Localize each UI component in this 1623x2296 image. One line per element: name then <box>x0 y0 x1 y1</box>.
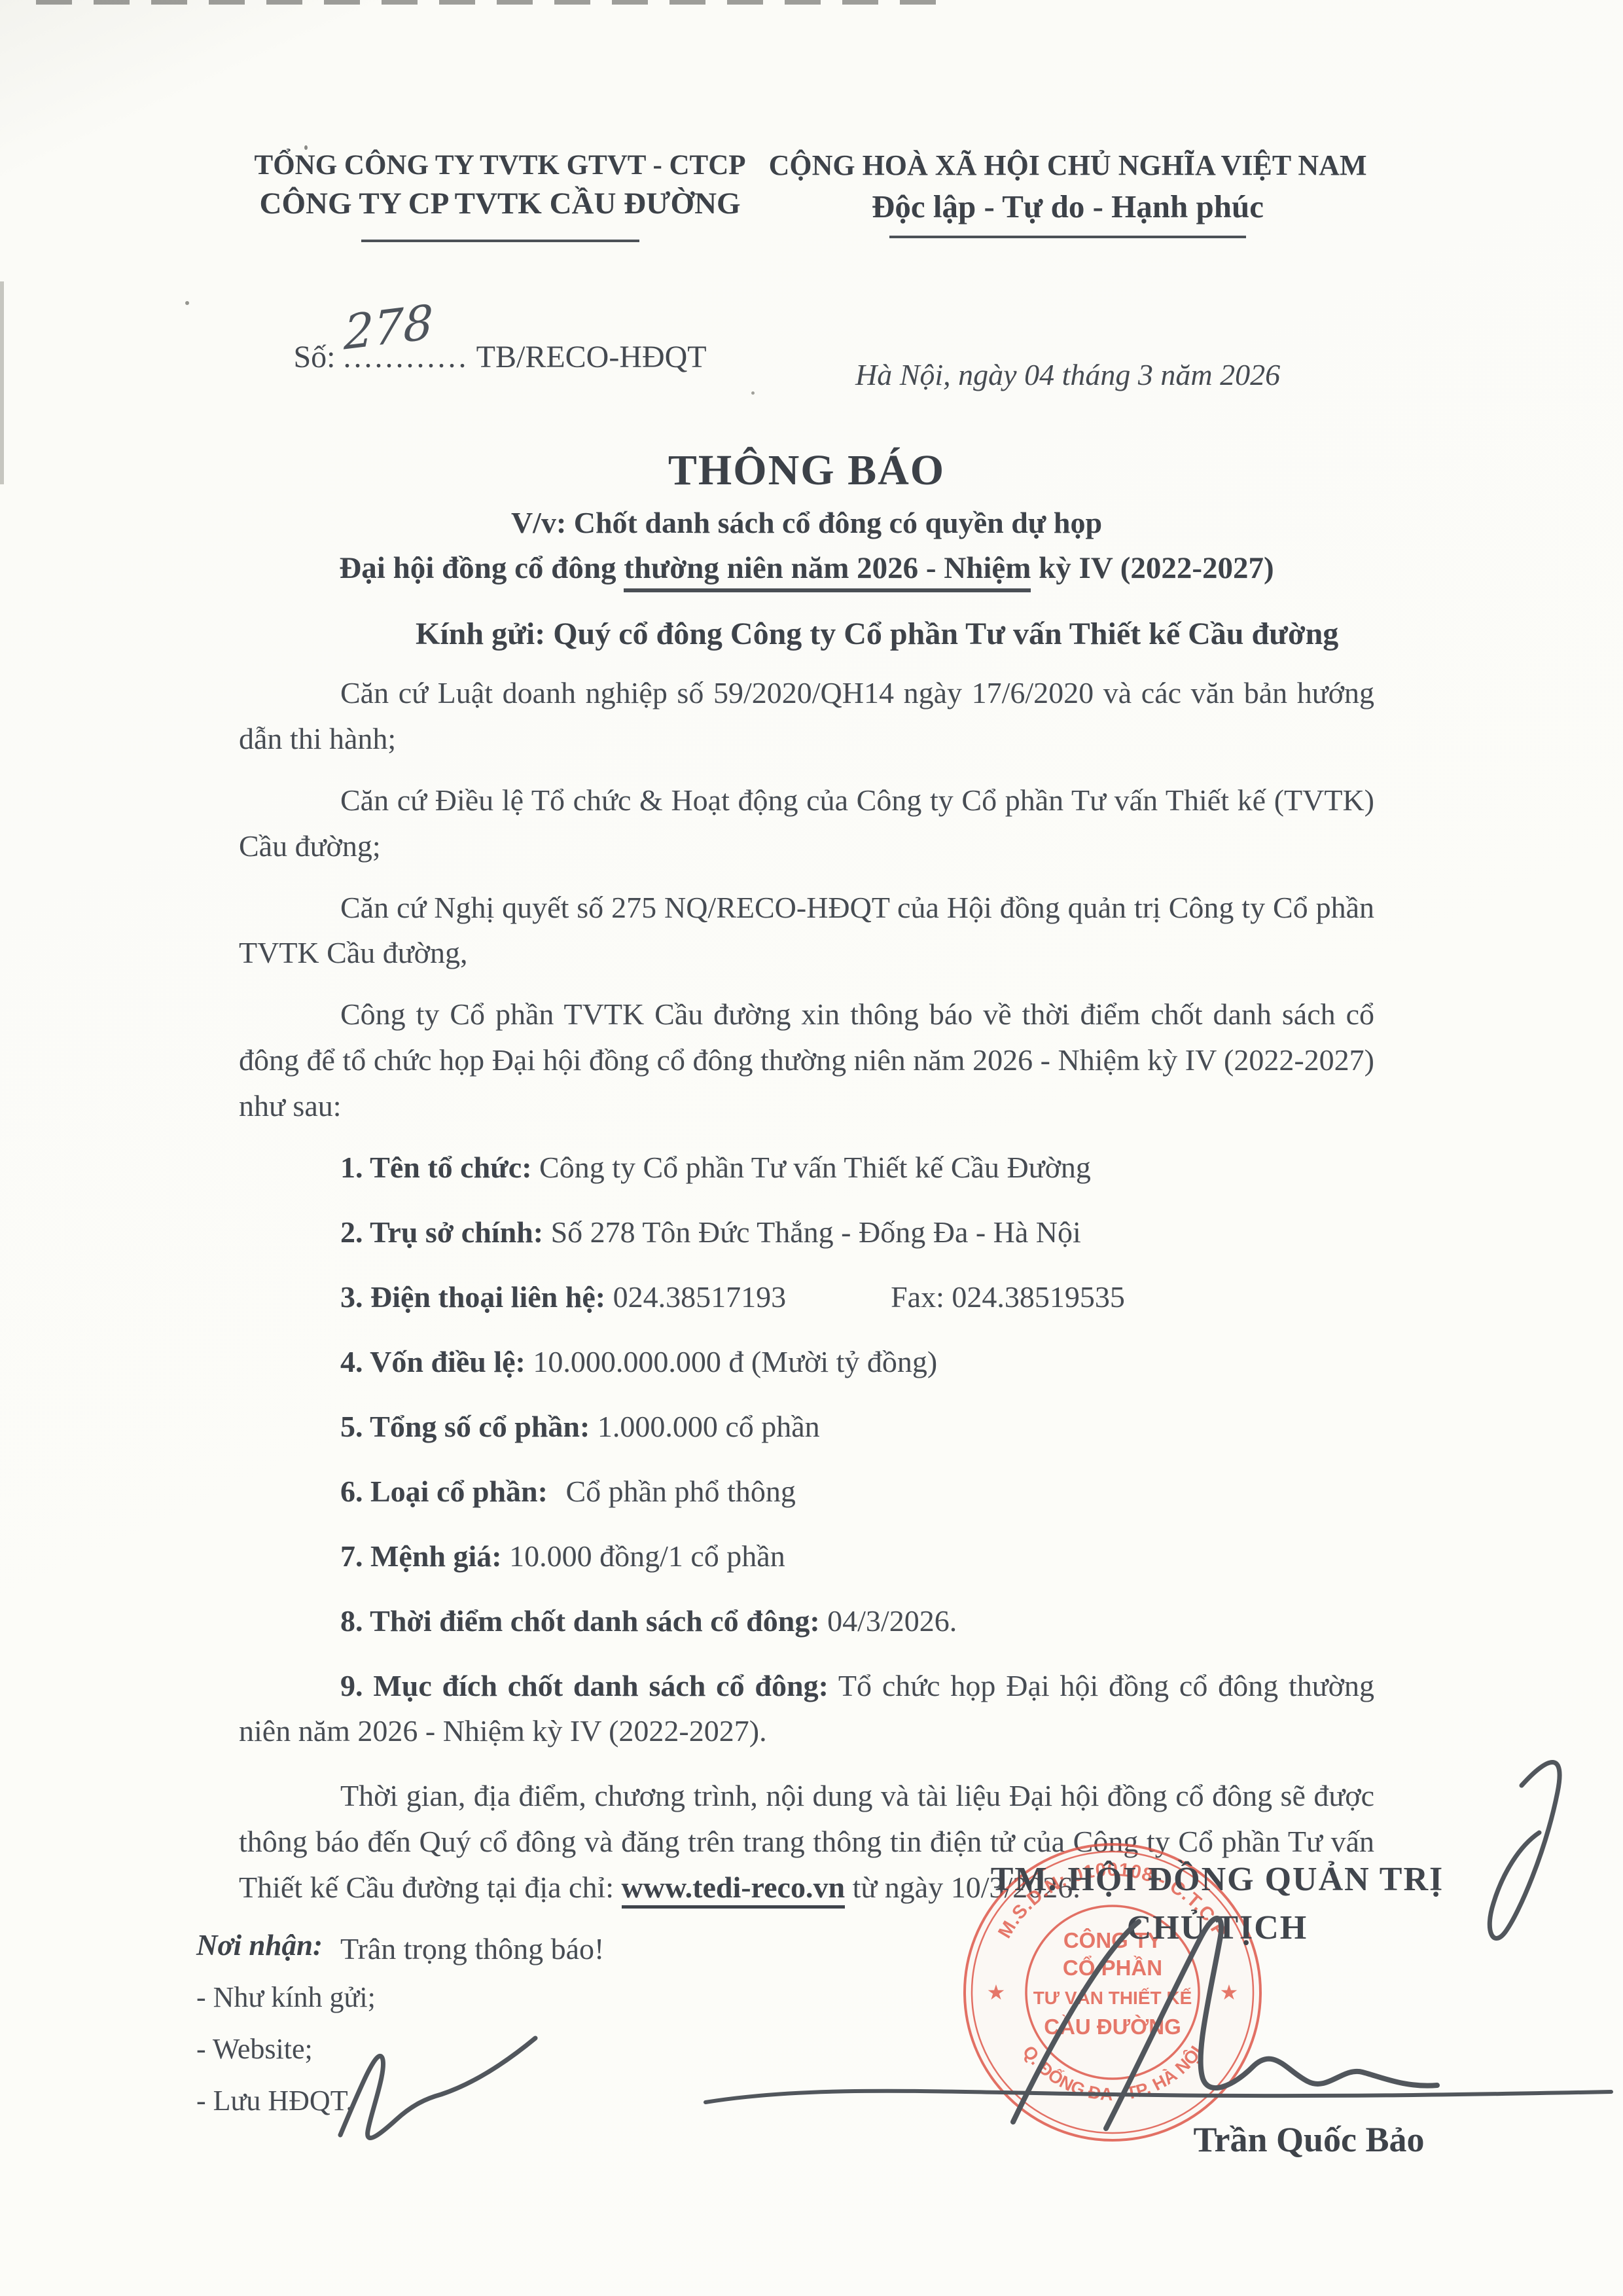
item-label: 6. Loại cổ phần: <box>340 1475 548 1508</box>
scan-artifact-left-edge <box>0 281 4 484</box>
divider <box>889 236 1246 238</box>
salutation: Kính gửi: Quý cổ đông Công ty Cổ phần Tư… <box>416 616 1374 652</box>
scan-artifact-speck <box>185 301 189 305</box>
signature-on-behalf: TM. HỘI ĐỒNG QUẢN TRỊ <box>890 1860 1544 1899</box>
item-value: 024.38517193 <box>613 1280 787 1314</box>
item-value: 10.000.000.000 đ (Mười tỷ đồng) <box>533 1345 937 1378</box>
list-item-2: 2. Trụ sở chính: Số 278 Tôn Đức Thắng - … <box>239 1210 1374 1255</box>
item-label: 9. Mục đích chốt danh sách cổ đông: <box>340 1669 829 1702</box>
item-value: 04/3/2026. <box>827 1604 957 1638</box>
parent-company-name: TỔNG CÔNG TY TVTK GTVT - CTCP <box>239 147 761 184</box>
item-label: 2. Trụ sở chính: <box>340 1215 543 1249</box>
item-label: 3. Điện thoại liên hệ: <box>340 1280 605 1314</box>
doc-no-dotted-line: ............278 <box>344 339 469 375</box>
document-subject-line2: Đại hội đồng cổ đông thường niên năm 202… <box>239 550 1374 586</box>
paragraph-announcement: Công ty Cổ phần TVTK Cầu đường xin thông… <box>239 992 1374 1129</box>
scan-artifact-speck <box>304 145 308 150</box>
national-motto-line2: Độc lập - Tự do - Hạnh phúc <box>761 186 1374 228</box>
item-value: 10.000 đồng/1 cổ phần <box>509 1539 785 1573</box>
list-item-6: 6. Loại cổ phần: Cổ phần phổ thông <box>239 1469 1374 1514</box>
document-body: Căn cứ Luật doanh nghiệp số 59/2020/QH14… <box>239 670 1374 1971</box>
scan-artifact-speck <box>751 391 755 395</box>
company-name: CÔNG TY CP TVTK CẦU ĐƯỜNG <box>239 184 761 224</box>
document-title-block: THÔNG BÁO V/v: Chốt danh sách cổ đông có… <box>239 444 1374 586</box>
item-label: 1. Tên tổ chức: <box>340 1151 532 1184</box>
paragraph-legal-basis-1: Căn cứ Luật doanh nghiệp số 59/2020/QH14… <box>239 670 1374 762</box>
item-value: Số 278 Tôn Đức Thắng - Đống Đa - Hà Nội <box>551 1215 1081 1249</box>
document-title: THÔNG BÁO <box>239 444 1374 496</box>
list-item-5: 5. Tổng số cổ phần: 1.000.000 cổ phần <box>239 1404 1374 1449</box>
item-label: 5. Tổng số cổ phần: <box>340 1410 590 1443</box>
item-label: 7. Mệnh giá: <box>340 1539 502 1573</box>
item-label: 8. Thời điểm chốt danh sách cổ đông: <box>340 1604 820 1638</box>
list-item-8: 8. Thời điểm chốt danh sách cổ đông: 04/… <box>239 1598 1374 1643</box>
stamp-company-line3: TƯ VẤN THIẾT KẾ <box>1033 1988 1192 2008</box>
paragraph-legal-basis-3: Căn cứ Nghị quyết số 275 NQ/RECO-HĐQT củ… <box>239 885 1374 977</box>
list-item-9: 9. Mục đích chốt danh sách cổ đông: Tổ c… <box>239 1663 1374 1753</box>
document-page: TỔNG CÔNG TY TVTK GTVT - CTCP CÔNG TY CP… <box>0 0 1623 2296</box>
list-item-7: 7. Mệnh giá: 10.000 đồng/1 cổ phần <box>239 1534 1374 1579</box>
item-value: Công ty Cổ phần Tư vấn Thiết kế Cầu Đườn… <box>539 1151 1091 1184</box>
paragraph-legal-basis-2: Căn cứ Điều lệ Tổ chức & Hoạt động của C… <box>239 778 1374 869</box>
list-item-4: 4. Vốn điều lệ: 10.000.000.000 đ (Mười t… <box>239 1339 1374 1384</box>
letterhead: TỔNG CÔNG TY TVTK GTVT - CTCP CÔNG TY CP… <box>239 147 1374 392</box>
national-motto-line1: CỘNG HOÀ XÃ HỘI CHỦ NGHĨA VIỆT NAM <box>761 147 1374 183</box>
fax-value: 024.38519535 <box>952 1280 1125 1314</box>
signer-name: Trần Quốc Bảo <box>982 2119 1623 2160</box>
recipient-item: - Website; <box>196 2032 376 2066</box>
item-value: 1.000.000 cổ phần <box>597 1410 820 1443</box>
recipients-heading: Nơi nhận: <box>196 1928 376 1962</box>
divider <box>361 240 639 242</box>
document-subject-line1: V/v: Chốt danh sách cổ đông có quyền dự … <box>239 505 1374 540</box>
fax-label: Fax: <box>891 1280 944 1314</box>
scan-artifact-top-edge <box>36 0 952 5</box>
item-value: Cổ phần phổ thông <box>565 1475 795 1508</box>
stamp-company-line2: CỔ PHẦN <box>1063 1956 1162 1980</box>
handwritten-doc-number: 278 <box>343 294 433 361</box>
date-line: Hà Nội, ngày 04 tháng 3 năm 2026 <box>761 357 1374 392</box>
website-link[interactable]: www.tedi-reco.vn <box>622 1871 846 1909</box>
recipient-item: - Như kính gửi; <box>196 1981 376 2014</box>
subject-underlined: thường niên năm 2026 - Nhiệm <box>624 551 1031 592</box>
stamp-star-left-icon: ★ <box>987 1981 1006 2004</box>
letterhead-right: CỘNG HOÀ XÃ HỘI CHỦ NGHĨA VIỆT NAM Độc l… <box>761 147 1374 392</box>
list-item-3: 3. Điện thoại liên hệ: 024.38517193Fax: … <box>239 1274 1374 1319</box>
signature-title: CHỦ TỊCH <box>890 1909 1544 1947</box>
item-label: 4. Vốn điều lệ: <box>340 1345 526 1378</box>
doc-no-suffix: TB/RECO-HĐQT <box>476 340 707 374</box>
recipient-item: - Lưu HĐQT. <box>196 2084 376 2117</box>
letterhead-left: TỔNG CÔNG TY TVTK GTVT - CTCP CÔNG TY CP… <box>239 147 761 392</box>
recipients-block: Nơi nhận: - Như kính gửi; - Website; - L… <box>196 1928 376 2117</box>
subject-post: kỳ IV (2022-2027) <box>1031 551 1274 585</box>
stamp-company-line4: CẦU ĐƯỜNG <box>1044 2015 1181 2039</box>
doc-no-label: Số: <box>293 340 335 374</box>
stamp-star-right-icon: ★ <box>1220 1981 1239 2004</box>
list-item-1: 1. Tên tổ chức: Công ty Cổ phần Tư vấn T… <box>239 1145 1374 1190</box>
subject-pre: Đại hội đồng cổ đông <box>339 551 624 585</box>
document-number: Số: ............278 TB/RECO-HĐQT <box>239 339 761 375</box>
